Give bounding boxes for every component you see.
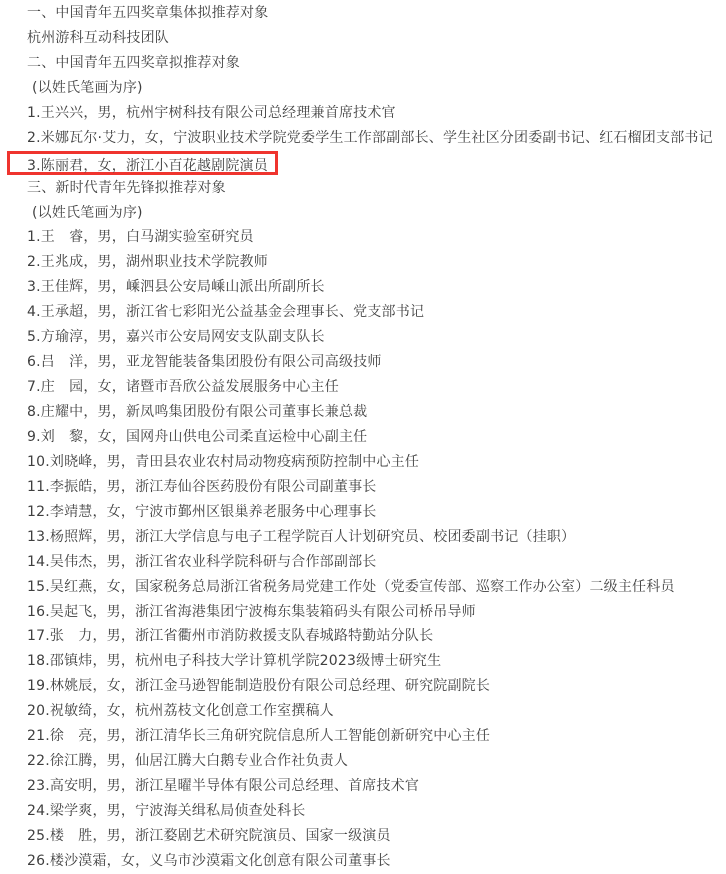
list-item: 17.张 力，男，浙江省衢州市消防救援支队春城路特勤站分队长 [27, 624, 708, 649]
list-item: 25.楼 胜，男，浙江婺剧艺术研究院演员、国家一级演员 [27, 824, 708, 849]
list-item: 19.林姚辰，女，浙江金马逊智能制造股份有限公司总经理、研究院副院长 [27, 674, 708, 699]
list-item: 26.楼沙漠霜，女，义乌市沙漠霜文化创意有限公司董事长 [27, 849, 708, 874]
list-item: 1.王 睿，男，白马湖实验室研究员 [27, 225, 708, 250]
list-item: 22.徐江腾，男，仙居江腾大白鹅专业合作社负责人 [27, 749, 708, 774]
sort-note: (以姓氏笔画为序) [27, 76, 708, 101]
list-item: 20.祝敏绮，女，杭州荔枝文化创意工作室撰稿人 [27, 699, 708, 724]
highlight-box: 3.陈丽君，女，浙江小百花越剧院演员 [7, 151, 278, 175]
list-item: 2.米娜瓦尔·艾力，女，宁波职业技术学院党委学生工作部副部长、学生社区分团委副书… [27, 126, 708, 151]
document-body: 一、中国青年五四奖章集体拟推荐对象杭州游科互动科技团队二、中国青年五四奖章拟推荐… [0, 0, 726, 874]
list-item: 3.王佳辉，男，嵊泗县公安局嵊山派出所副所长 [27, 275, 708, 300]
list-item: 12.李靖慧，女，宁波市鄞州区银巢养老服务中心理事长 [27, 500, 708, 525]
list-item: 14.吴伟杰，男，浙江省农业科学院科研与合作部副部长 [27, 550, 708, 575]
list-item: 9.刘 黎，女，国网舟山供电公司柔直运检中心副主任 [27, 425, 708, 450]
list-item: 6.吕 洋，男，亚龙智能装备集团股份有限公司高级技师 [27, 350, 708, 375]
list-item: 23.高安明，男，浙江星曜半导体有限公司总经理、首席技术官 [27, 774, 708, 799]
text-line: 杭州游科互动科技团队 [27, 26, 708, 51]
document-page: 一、中国青年五四奖章集体拟推荐对象杭州游科互动科技团队二、中国青年五四奖章拟推荐… [0, 0, 726, 874]
list-item: 21.徐 亮，男，浙江清华长三角研究院信息所人工智能创新研究中心主任 [27, 724, 708, 749]
list-item: 2.王兆成，男，湖州职业技术学院教师 [27, 250, 708, 275]
list-item: 5.方瑜淳，男，嘉兴市公安局网安支队副支队长 [27, 325, 708, 350]
section-heading: 一、中国青年五四奖章集体拟推荐对象 [27, 1, 708, 26]
list-item: 7.庄 园，女，诸暨市吾欣公益发展服务中心主任 [27, 375, 708, 400]
section-heading: 三、新时代青年先锋拟推荐对象 [27, 176, 708, 201]
list-item: 16.吴起飞，男，浙江省海港集团宁波梅东集装箱码头有限公司桥吊导师 [27, 600, 708, 625]
list-item: 3.陈丽君，女，浙江小百花越剧院演员 [27, 151, 708, 176]
sort-note: (以姓氏笔画为序) [27, 201, 708, 226]
list-item: 1.王兴兴，男，杭州宇树科技有限公司总经理兼首席技术官 [27, 101, 708, 126]
list-item: 13.杨照辉，男，浙江大学信息与电子工程学院百人计划研究员、校团委副书记（挂职） [27, 525, 708, 550]
list-item: 18.邵镇炜，男，杭州电子科技大学计算机学院2023级博士研究生 [27, 649, 708, 674]
list-item: 11.李振皓，男，浙江寿仙谷医药股份有限公司副董事长 [27, 475, 708, 500]
list-item: 8.庄耀中，男，新凤鸣集团股份有限公司董事长兼总裁 [27, 400, 708, 425]
list-item: 10.刘晓峰，男，青田县农业农村局动物疫病预防控制中心主任 [27, 450, 708, 475]
list-item: 4.王承超，男，浙江省七彩阳光公益基金会理事长、党支部书记 [27, 300, 708, 325]
list-item: 24.梁学爽，男，宁波海关缉私局侦查处科长 [27, 799, 708, 824]
list-item: 15.吴红燕，女，国家税务总局浙江省税务局党建工作处（党委宣传部、巡察工作办公室… [27, 575, 708, 600]
section-heading: 二、中国青年五四奖章拟推荐对象 [27, 51, 708, 76]
